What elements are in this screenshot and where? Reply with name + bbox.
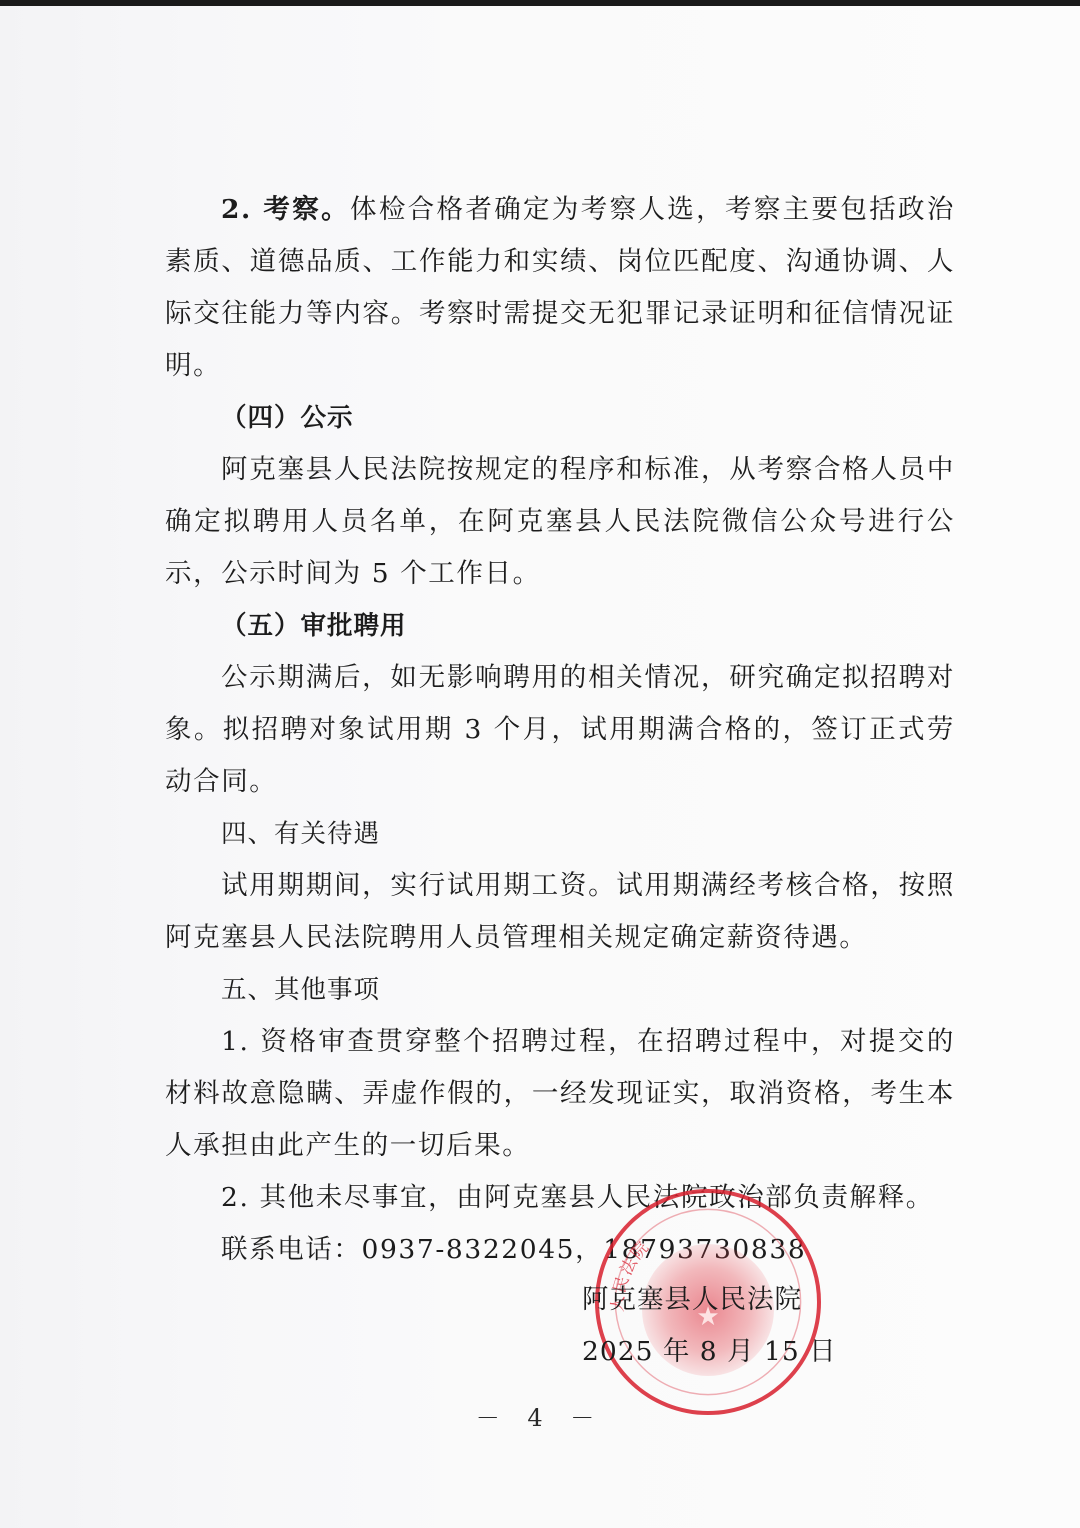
paragraph-qualification-review: 1. 资格审查贯穿整个招聘过程，在招聘过程中，对提交的材料故意隐瞒、弄虚作假的，… [165, 1016, 955, 1172]
section-heading-approval: （五）审批聘用 [165, 600, 955, 652]
page-number: － 4 － [0, 1398, 1080, 1433]
paragraph-inspection: 2. 考察。体检合格者确定为考察人选，考察主要包括政治素质、道德品质、工作能力和… [165, 184, 955, 392]
paragraph-interpretation: 2. 其他未尽事宜，由阿克塞县人民法院政治部负责解释。 [165, 1172, 955, 1224]
section-heading-other-matters: 五、其他事项 [165, 964, 955, 1016]
paragraph-approval: 公示期满后，如无影响聘用的相关情况，研究确定拟招聘对象。拟招聘对象试用期 3 个… [165, 652, 955, 808]
document-page: 2. 考察。体检合格者确定为考察人选，考察主要包括政治素质、道德品质、工作能力和… [0, 6, 1080, 1528]
signature-block: 阿克塞县人民法院 2025 年 8 月 15 日 [582, 1274, 837, 1378]
paragraph-publicity: 阿克塞县人民法院按规定的程序和标准，从考察合格人员中确定拟聘用人员名单，在阿克塞… [165, 444, 955, 600]
signing-organization: 阿克塞县人民法院 [582, 1274, 837, 1326]
paragraph-lead: 2. 考察。 [221, 194, 350, 225]
paragraph-benefits: 试用期期间，实行试用期工资。试用期满经考核合格，按照阿克塞县人民法院聘用人员管理… [165, 860, 955, 964]
section-heading-publicity: （四）公示 [165, 392, 955, 444]
contact-phone: 联系电话：0937-8322045，18793730838 [165, 1224, 955, 1276]
document-body: 2. 考察。体检合格者确定为考察人选，考察主要包括政治素质、道德品质、工作能力和… [165, 184, 955, 1276]
signing-date: 2025 年 8 月 15 日 [582, 1326, 837, 1378]
section-heading-benefits: 四、有关待遇 [165, 808, 955, 860]
